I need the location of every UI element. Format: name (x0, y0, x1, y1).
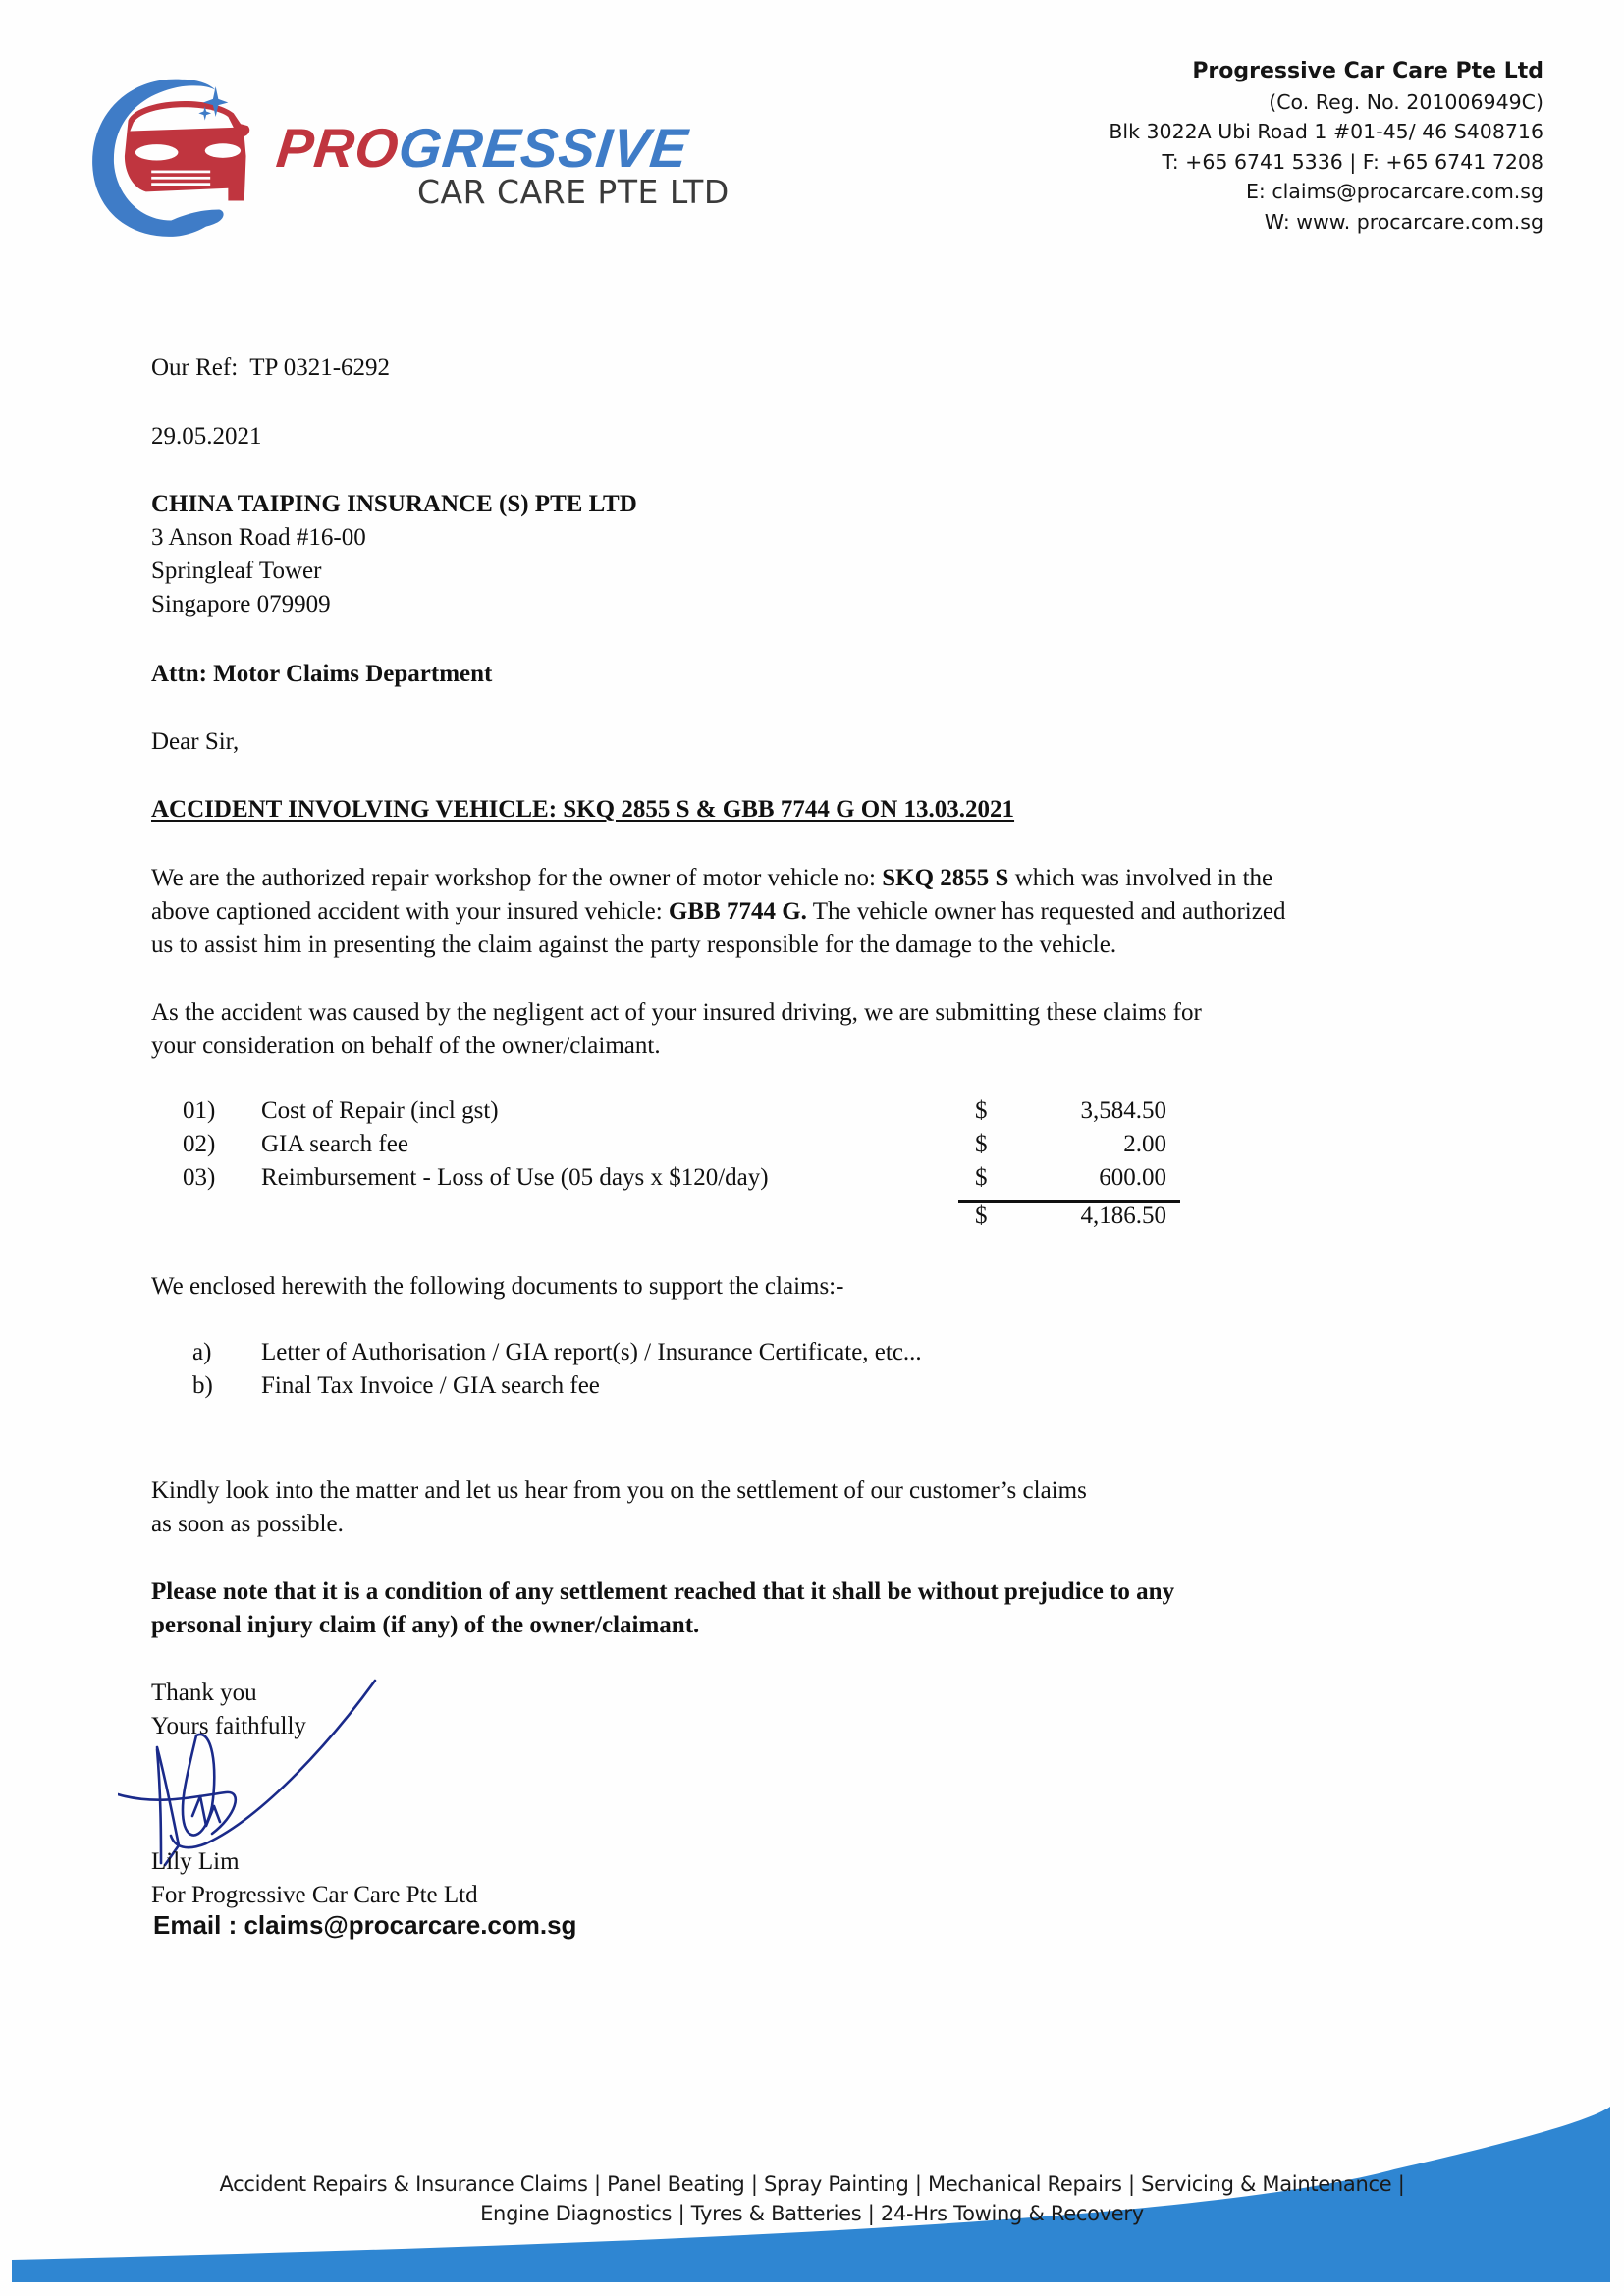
text: which was involved in the (1008, 865, 1272, 891)
text: The vehicle owner has requested and auth… (807, 898, 1286, 925)
company-contact-block: Progressive Car Care Pte Ltd (Co. Reg. N… (1109, 57, 1543, 237)
recipient-address-line: Singapore 079909 (151, 588, 331, 621)
letter-date: 29.05.2021 (151, 420, 262, 454)
company-email: E: claims@procarcare.com.sg (1109, 177, 1543, 207)
notice-line: personal injury claim (if any) of the ow… (151, 1609, 699, 1642)
paragraph-line: as soon as possible. (151, 1508, 344, 1541)
paragraph-line: Kindly look into the matter and let us h… (151, 1474, 1087, 1508)
salutation: Dear Sir, (151, 725, 239, 759)
attention-line: Attn: Motor Claims Department (151, 658, 492, 691)
signatory-email[interactable]: Email : claims@procarcare.com.sg (153, 1910, 576, 1941)
total-amount: 4,186.50 (982, 1202, 1166, 1230)
ref-label: Our Ref: (151, 354, 238, 381)
paragraph-line: We are the authorized repair workshop fo… (151, 862, 1272, 895)
footer-services-line: Engine Diagnostics | Tyres & Batteries |… (0, 2202, 1624, 2225)
paragraph-line: us to assist him in presenting the claim… (151, 929, 1116, 962)
enclosure-label: b) (192, 1372, 213, 1400)
our-reference: Our Ref: TP 0321-6292 (151, 351, 390, 385)
notice-line: Please note that it is a condition of an… (151, 1575, 1174, 1609)
paragraph-line: above captioned accident with your insur… (151, 895, 1285, 929)
claim-description: Cost of Repair (incl gst) (261, 1097, 499, 1125)
claim-row: 03) Reimbursement - Loss of Use (05 days… (0, 1164, 1624, 1198)
signatory-name: Lily Lim (151, 1845, 240, 1879)
recipient-address-line: Springleaf Tower (151, 555, 321, 588)
brand-wordmark-gressive: GRESSIVE (396, 117, 691, 179)
recipient-address-line: 3 Anson Road #16-00 (151, 521, 366, 555)
claim-number: 02) (183, 1131, 215, 1158)
letter-subject: ACCIDENT INVOLVING VEHICLE: SKQ 2855 S &… (151, 793, 1014, 827)
claim-amount: 2.00 (982, 1131, 1166, 1158)
logo-car-icon (75, 63, 271, 249)
company-phone-fax: T: +65 6741 5336 | F: +65 6741 7208 (1109, 147, 1543, 178)
text: above captioned accident with your insur… (151, 898, 669, 925)
enclosure-label: a) (192, 1339, 211, 1366)
claim-total-row: $ 4,186.50 (0, 1202, 1624, 1236)
claim-amount: 3,584.50 (982, 1097, 1166, 1125)
vehicle-number: GBB 7744 G. (669, 898, 807, 925)
company-website: W: www. procarcare.com.sg (1109, 207, 1543, 238)
signatory-company: For Progressive Car Care Pte Ltd (151, 1879, 478, 1912)
company-name: Progressive Car Care Pte Ltd (1109, 57, 1543, 87)
footer-services-line: Accident Repairs & Insurance Claims | Pa… (0, 2172, 1624, 2196)
enclosure-text: Final Tax Invoice / GIA search fee (261, 1372, 600, 1400)
brand-subtitle: CAR CARE PTE LTD (417, 173, 730, 211)
claim-row: 02) GIA search fee $ 2.00 (0, 1131, 1624, 1164)
enclosures-intro: We enclosed herewith the following docum… (151, 1270, 843, 1304)
brand-wordmark: PROGRESSIVE (274, 116, 692, 180)
company-registration: (Co. Reg. No. 201006949C) (1109, 87, 1543, 118)
claim-row: 01) Cost of Repair (incl gst) $ 3,584.50 (0, 1097, 1624, 1131)
claim-number: 01) (183, 1097, 215, 1125)
footer-wave-decoration (0, 2101, 1624, 2296)
vehicle-number: SKQ 2855 S (882, 865, 1008, 891)
enclosure-text: Letter of Authorisation / GIA report(s) … (261, 1339, 922, 1366)
paragraph-line: your consideration on behalf of the owne… (151, 1030, 661, 1063)
claim-amount: 600.00 (982, 1164, 1166, 1192)
recipient-name: CHINA TAIPING INSURANCE (S) PTE LTD (151, 488, 637, 521)
text: We are the authorized repair workshop fo… (151, 865, 882, 891)
claim-description: GIA search fee (261, 1131, 408, 1158)
ref-value: TP 0321-6292 (249, 354, 390, 381)
claim-number: 03) (183, 1164, 215, 1192)
brand-wordmark-pro: PRO (274, 117, 403, 179)
paragraph-line: As the accident was caused by the neglig… (151, 996, 1202, 1030)
claim-description: Reimbursement - Loss of Use (05 days x $… (261, 1164, 769, 1192)
company-address: Blk 3022A Ubi Road 1 #01-45/ 46 S408716 (1109, 117, 1543, 147)
